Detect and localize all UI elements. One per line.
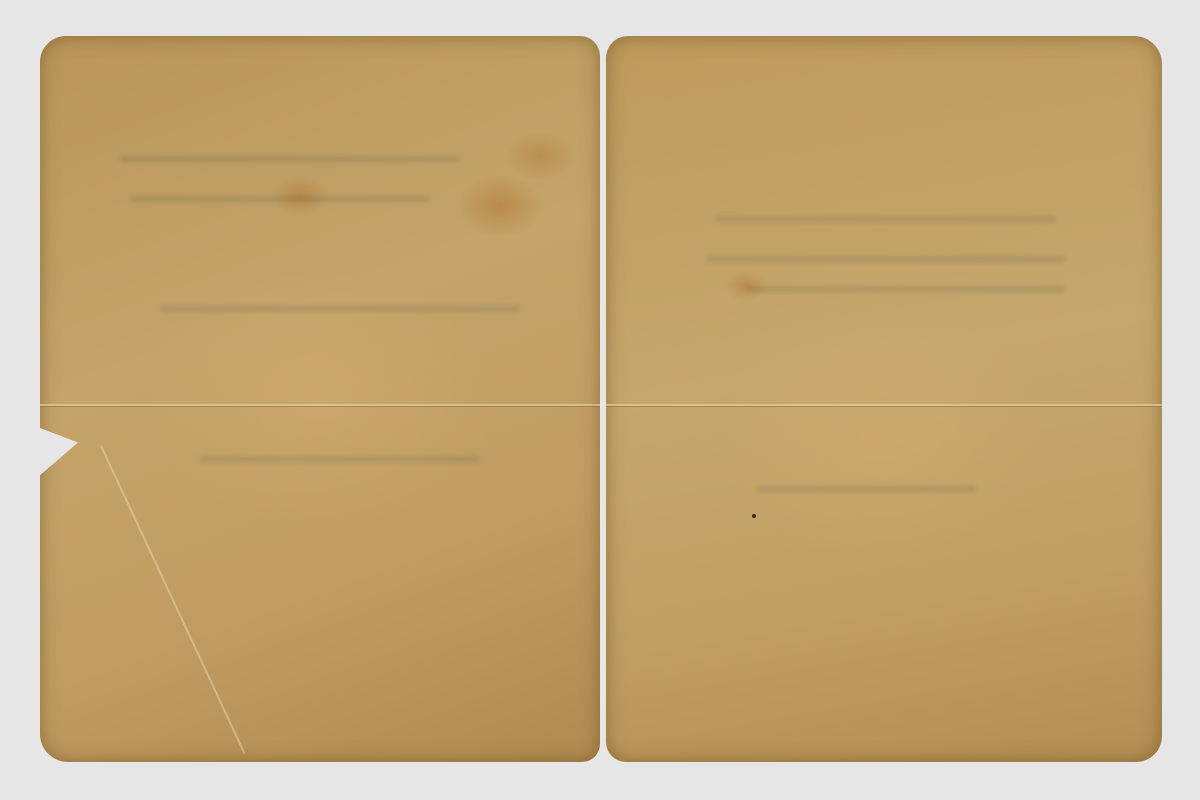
right-panel (606, 36, 1162, 762)
crease (100, 445, 246, 754)
faded-text-line (706, 256, 1066, 262)
horizontal-fold (606, 404, 1162, 406)
horizontal-fold (40, 404, 600, 406)
faded-text-line (200, 456, 480, 462)
faded-text-line (120, 156, 460, 162)
aged-paper (40, 36, 1162, 762)
faded-text-line (160, 306, 520, 312)
faded-text-line (746, 286, 1066, 292)
left-panel (40, 36, 600, 762)
ink-spot (752, 514, 756, 518)
faded-text-line (130, 196, 430, 202)
faded-text-line (716, 216, 1056, 222)
faded-text-line (756, 486, 976, 492)
